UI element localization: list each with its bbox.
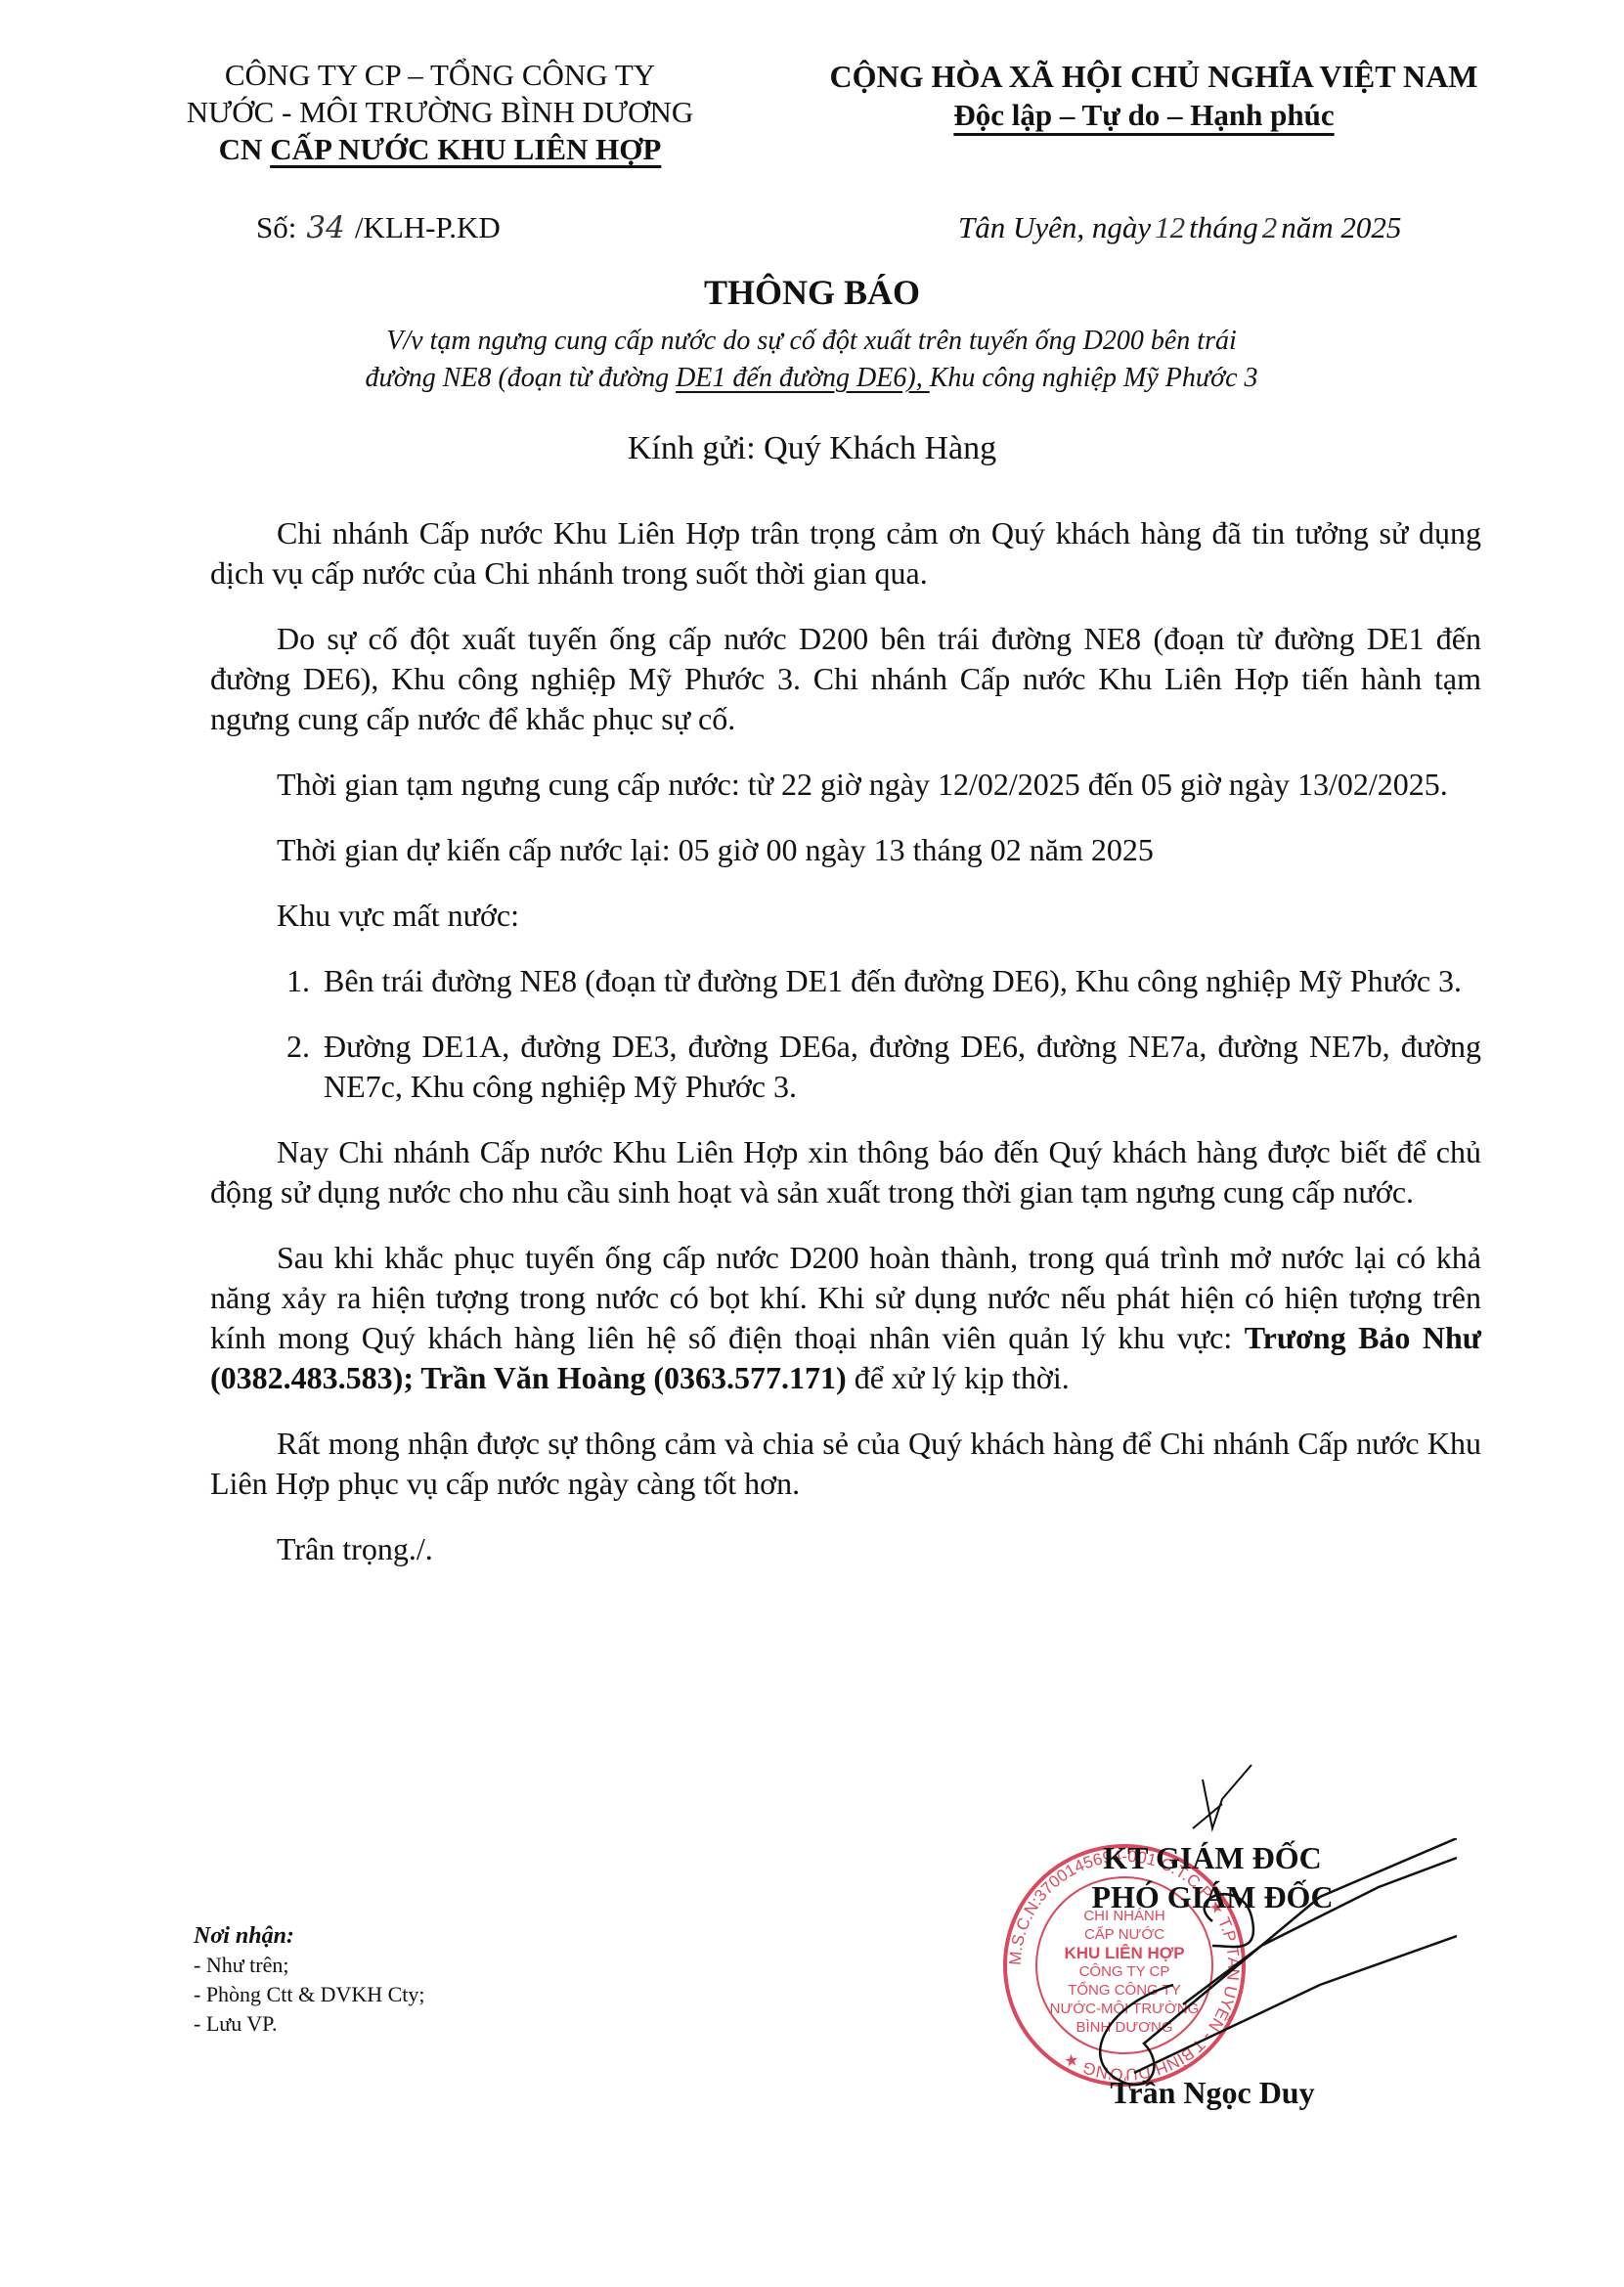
- list-item: Bên trái đường NE8 (đoạn từ đường DE1 đế…: [318, 961, 1481, 1001]
- contacts-outro: để xử lý kịp thời.: [847, 1360, 1070, 1395]
- paragraph-contacts: Sau khi khắc phục tuyến ống cấp nước D20…: [210, 1238, 1481, 1398]
- subject-line-2b: DE1 đến đường DE6),: [676, 363, 930, 393]
- doc-number-label: Số:: [256, 210, 296, 244]
- recipient-item: - Phòng Ctt & DVKH Cty;: [194, 1980, 425, 2009]
- subject-line-2: đường NE8 (đoạn từ đường DE1 đến đường D…: [225, 360, 1398, 397]
- document-body: Chi nhánh Cấp nước Khu Liên Hợp trân trọ…: [210, 513, 1481, 1595]
- stamp-center-text: CHI NHÁNH CẤP NƯỚC KHU LIÊN HỢP CÔNG TY …: [997, 1907, 1251, 2037]
- signatory-line-2: PHÓ GIÁM ĐỐC: [1036, 1877, 1388, 1916]
- day-handwritten: 12: [1151, 210, 1189, 244]
- signatory-line-1: KT GIÁM ĐỐC: [1036, 1838, 1388, 1877]
- subject-line-2c: Khu công nghiệp Mỹ Phước 3: [930, 363, 1258, 393]
- nation-name: CỘNG HÒA XÃ HỘI CHỦ NGHĨA VIỆT NAM: [812, 57, 1496, 96]
- document-subject: V/v tạm ngưng cung cấp nước do sự cố đột…: [225, 323, 1398, 397]
- month-handwritten: 2: [1258, 210, 1282, 244]
- paragraph-thanks: Chi nhánh Cấp nước Khu Liên Hợp trân trọ…: [210, 513, 1481, 594]
- org-line-2: NƯỚC - MÔI TRƯỜNG BÌNH DƯƠNG: [147, 94, 733, 131]
- month-label: tháng: [1189, 210, 1258, 244]
- signatory-title: KT GIÁM ĐỐC PHÓ GIÁM ĐỐC: [1036, 1838, 1388, 1916]
- stamp-line: NƯỚC-MÔI TRƯỜNG: [997, 2000, 1251, 2018]
- doc-number-handwritten: 34: [296, 210, 354, 245]
- national-motto: Độc lập – Tự do – Hạnh phúc: [792, 96, 1496, 135]
- paragraph-appreciation: Rất mong nhận được sự thông cảm và chia …: [210, 1424, 1481, 1504]
- national-header: CỘNG HÒA XÃ HỘI CHỦ NGHĨA VIỆT NAM Độc l…: [812, 57, 1496, 135]
- issuing-organization: CÔNG TY CP – TỔNG CÔNG TY NƯỚC - MÔI TRƯ…: [147, 57, 733, 168]
- document-number: Số:34/KLH-P.KD: [256, 210, 501, 245]
- stamp-line: KHU LIÊN HỢP: [997, 1944, 1251, 1962]
- stamp-line: TỔNG CÔNG TY: [997, 1981, 1251, 2000]
- org-line-3-prefix: CN: [219, 132, 271, 166]
- signatory-name: Trần Ngọc Duy: [1036, 2075, 1388, 2111]
- org-line-3: CN CẤP NƯỚC KHU LIÊN HỢP: [147, 131, 733, 168]
- paragraph-incident: Do sự cố đột xuất tuyến ống cấp nước D20…: [210, 619, 1481, 739]
- year-text: năm 2025: [1281, 210, 1401, 244]
- affected-areas-list: Bên trái đường NE8 (đoạn từ đường DE1 đế…: [210, 961, 1481, 1107]
- recipient-item: - Lưu VP.: [194, 2009, 425, 2039]
- recipients-heading: Nơi nhận:: [194, 1921, 425, 1951]
- greeting: Kính gửi: Quý Khách Hàng: [0, 430, 1624, 467]
- paragraph-areas-heading: Khu vực mất nước:: [210, 896, 1481, 936]
- stamp-line: CẤP NƯỚC: [997, 1925, 1251, 1944]
- subject-line-2a: đường NE8 (đoạn từ đường: [365, 363, 676, 393]
- initial-mark-icon: [1183, 1760, 1261, 1838]
- stamp-line: BÌNH DƯƠNG: [997, 2018, 1251, 2037]
- place-and-date: Tân Uyên, ngày12tháng2năm 2025: [958, 210, 1401, 245]
- subject-line-1: V/v tạm ngưng cung cấp nước do sự cố đột…: [225, 323, 1398, 360]
- closing: Trân trọng./.: [210, 1529, 1481, 1569]
- org-line-1: CÔNG TY CP – TỔNG CÔNG TY: [147, 57, 733, 94]
- document-title: THÔNG BÁO: [0, 272, 1624, 313]
- stamp-line: CÔNG TY CP: [997, 1962, 1251, 1981]
- org-line-3-main: CẤP NƯỚC KHU LIÊN HỢP: [270, 132, 661, 166]
- paragraph-outage-time: Thời gian tạm ngưng cung cấp nước: từ 22…: [210, 765, 1481, 805]
- doc-number-suffix: /KLH-P.KD: [355, 210, 501, 244]
- paragraph-notice: Nay Chi nhánh Cấp nước Khu Liên Hợp xin …: [210, 1132, 1481, 1212]
- list-item: Đường DE1A, đường DE3, đường DE6a, đường…: [318, 1027, 1481, 1107]
- recipients: Nơi nhận: - Như trên; - Phòng Ctt & DVKH…: [194, 1921, 425, 2039]
- place-prefix: Tân Uyên, ngày: [958, 210, 1151, 244]
- recipient-item: - Như trên;: [194, 1951, 425, 1980]
- paragraph-restore-time: Thời gian dự kiến cấp nước lại: 05 giờ 0…: [210, 830, 1481, 870]
